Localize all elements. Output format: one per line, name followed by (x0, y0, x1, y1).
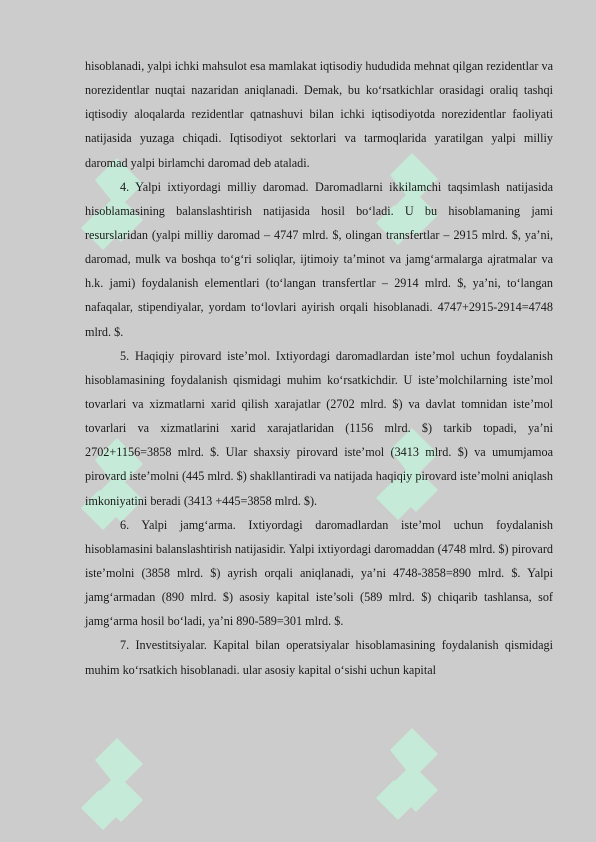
leaf-logo-icon (376, 728, 438, 820)
paragraph: 5. Haqiqiy pirovard iste’mol. Ixtiyordag… (85, 344, 553, 513)
leaf-logo-icon (81, 738, 143, 830)
paragraph: 4. Yalpi ixtiyordagi milliy daromad. Dar… (85, 175, 553, 344)
paragraph: 7. Investitsiyalar. Kapital bilan operat… (85, 633, 553, 681)
paragraph: hisoblanadi, yalpi ichki mahsulot esa ma… (85, 54, 553, 175)
document-body: hisoblanadi, yalpi ichki mahsulot esa ma… (85, 54, 553, 682)
paragraph: 6. Yalpi jamg‘arma. Ixtiyordagi daromadl… (85, 513, 553, 634)
